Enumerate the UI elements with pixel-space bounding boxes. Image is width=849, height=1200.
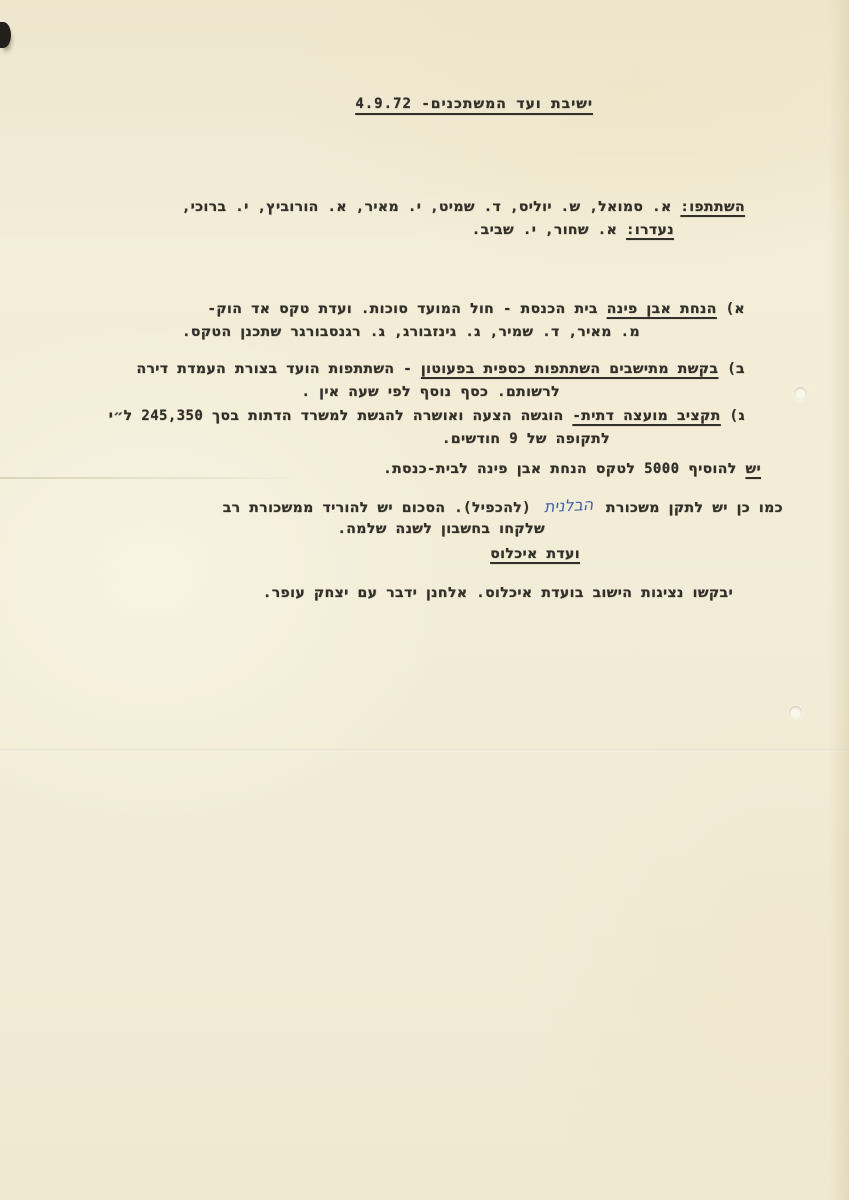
punch-hole bbox=[794, 387, 807, 400]
scan-fold-streak bbox=[0, 749, 849, 752]
item-b-marker: ב) bbox=[727, 361, 745, 377]
item-a-text: בית הכנסת - חול המועד סוכות. ועדת טקס אד… bbox=[208, 301, 607, 317]
scan-artifact-corner-mark bbox=[0, 22, 11, 48]
agenda-item-a-line2: מ. מאיר, ד. שמיר, ג. גינזבורג, ג. רגנסבו… bbox=[182, 324, 640, 340]
note-salary-line2: שלקחו בחשבון לשנה שלמה. bbox=[337, 521, 545, 537]
scan-fold-streak bbox=[0, 477, 300, 479]
present-label: השתתפו: bbox=[680, 199, 745, 215]
item-b-text: - השתתפות הועד בצורת העמדת דירה bbox=[136, 361, 420, 377]
absent-label: נעדרו: bbox=[626, 222, 674, 238]
item-a-heading: הנחת אבן פינה bbox=[607, 301, 717, 317]
attendance-present-line: השתתפו: א. סמואל, ש. יוליס, ד. שמיט, י. … bbox=[182, 199, 745, 215]
punch-hole bbox=[789, 706, 802, 719]
absent-names: א. שחור, י. שביב. bbox=[472, 222, 626, 238]
item-b-heading: בקשת מתישבים השתתפות כספית בפעוטון bbox=[421, 361, 718, 377]
agenda-item-b-line1: ב) בקשת מתישבים השתתפות כספית בפעוטון - … bbox=[136, 361, 745, 377]
note-salary-text-a: כמו כן יש לתקן משכורת bbox=[606, 500, 783, 516]
item-c-heading: תקציב מועצה דתית- bbox=[572, 408, 720, 424]
attendance-absent-line: נעדרו: א. שחור, י. שביב. bbox=[472, 222, 674, 238]
agenda-item-a-line1: א) הנחת אבן פינה בית הכנסת - חול המועד ס… bbox=[208, 301, 746, 317]
present-names: א. סמואל, ש. יוליס, ד. שמיט, י. מאיר, א.… bbox=[182, 199, 681, 215]
document-title: ישיבת ועד המשתכנים- 4.9.72 bbox=[355, 96, 593, 112]
note-add-lead: יש bbox=[745, 461, 761, 477]
item-c-text: הוגשה הצעה ואושרה להגשת למשרד הדתות בסך … bbox=[109, 408, 573, 424]
page-edge-shading bbox=[829, 0, 849, 1200]
item-c-marker: ג) bbox=[730, 408, 745, 424]
note-add-text: להוסיף 5000 לטקס הנחת אבן פינה לבית-כנסת… bbox=[383, 461, 745, 477]
item-a-marker: א) bbox=[726, 301, 745, 317]
scanned-document-page: ישיבת ועד המשתכנים- 4.9.72 השתתפו: א. סמ… bbox=[0, 0, 849, 1200]
note-salary-text-b: (להכפיל). הסכום יש להוריד ממשכורת רב bbox=[223, 500, 531, 516]
agenda-item-c-line2: לתקופה של 9 חודשים. bbox=[442, 431, 610, 447]
note-salary-line1: כמו כן יש לתקן משכורת הבלנית (להכפיל). ה… bbox=[223, 497, 783, 516]
note-add-ceremony-budget: יש להוסיף 5000 לטקס הנחת אבן פינה לבית-כ… bbox=[383, 461, 761, 477]
agenda-item-b-line2: לרשותם. כסף נוסף לפי שעה אין . bbox=[301, 384, 560, 400]
section-body-line: יבקשו נציגות הישוב בועדת איכלוס. אלחנן י… bbox=[263, 585, 733, 601]
agenda-item-c-line1: ג) תקציב מועצה דתית- הוגשה הצעה ואושרה ל… bbox=[109, 408, 745, 424]
handwritten-insertion: הבלנית bbox=[539, 495, 597, 517]
section-heading-absorption-committee: ועדת איכלוס bbox=[490, 546, 580, 562]
